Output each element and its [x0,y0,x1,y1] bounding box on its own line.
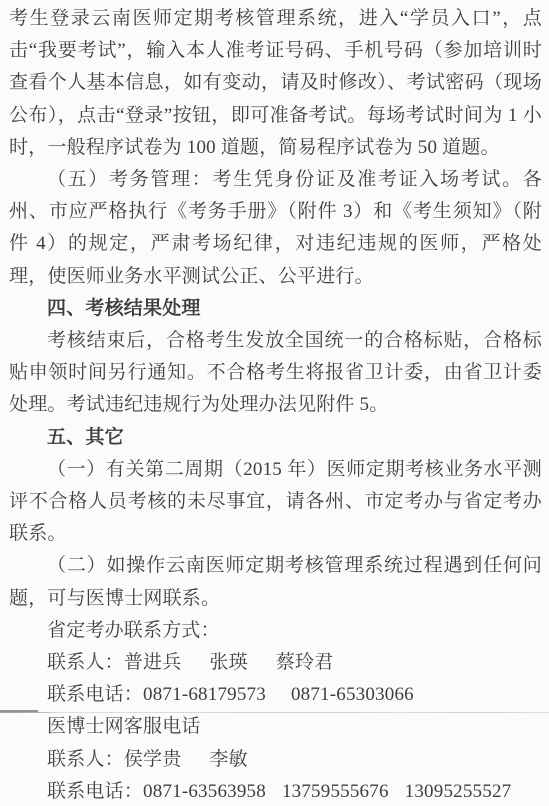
scanner-artifact-line [0,712,549,713]
contact-phone: 13095255527 [405,781,512,802]
section-heading-other: 五、其它 [9,422,542,454]
contact-person: 张瑛 [209,652,247,673]
contact-phones-label: 联系电话： [47,684,143,705]
paragraph-other-2: （二）如操作云南医师定期考核管理系统过程遇到任何问题，可与医博士网联系。 [9,550,542,614]
paragraph-exam-administration: （五）考务管理：考生凭身份证及准考证入场考试。各州、市应严格执行《考务手册》（附… [9,164,542,293]
contact-phone: 0871-65303066 [291,684,414,705]
contact-phone: 0871-68179573 [143,684,266,705]
provincial-contact-phones: 联系电话：0871-681795730871-65303066 [9,679,542,711]
paragraph-results-handling: 考核结束后，合格考生发放全国统一的合格标贴，合格标贴申领时间另行通知。不合格考生… [9,325,542,422]
contact-phones-label: 联系电话： [47,781,143,802]
contact-phone: 0871-63563958 [143,781,266,802]
contact-person: 普进兵 [124,652,182,673]
provincial-contact-persons: 联系人：普进兵张瑛蔡玲君 [9,647,542,679]
yiboshi-contact-persons: 联系人：侯学贵李敏 [9,744,542,776]
contact-person: 蔡玲君 [276,652,334,673]
provincial-contact-title: 省定考办联系方式： [9,615,542,647]
contact-persons-label: 联系人： [47,652,124,673]
paragraph-login-instructions: 考生登录云南医师定期考核管理系统，进入“学员入口”，点击“我要考试”，输入本人准… [9,3,542,164]
contact-phone: 13759555676 [282,781,389,802]
yiboshi-contact-title: 医博士网客服电话 [9,711,542,743]
contact-person: 李敏 [209,749,247,770]
contact-persons-label: 联系人： [47,749,124,770]
scanned-document-page: 考生登录云南医师定期考核管理系统，进入“学员入口”，点击“我要考试”，输入本人准… [0,0,549,806]
contact-person: 侯学贵 [124,749,182,770]
paragraph-other-1: （一）有关第二周期（2015 年）医师定期考核业务水平测评不合格人员考核的未尽事… [9,454,542,551]
scanner-artifact-mark [0,710,38,712]
section-heading-results-handling: 四、考核结果处理 [9,293,542,325]
yiboshi-contact-phones: 联系电话：0871-635639581375955567613095255527 [9,776,542,806]
